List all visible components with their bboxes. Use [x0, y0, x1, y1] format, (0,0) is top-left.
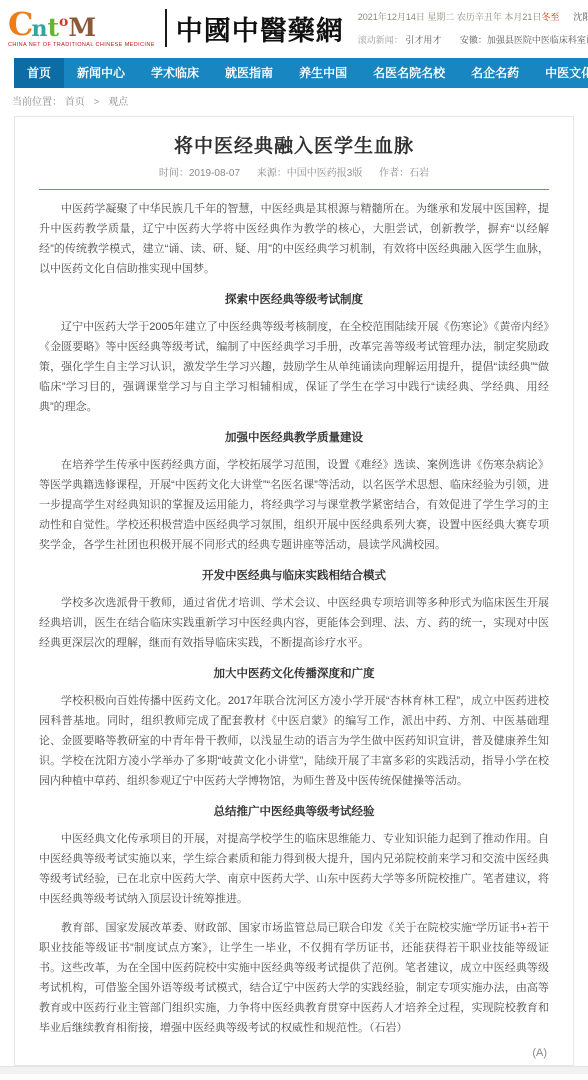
ticker-item[interactable]: 安徽：加强县医院中医临床科室设置: [460, 35, 588, 45]
section-heading: 加大中医药文化传播深度和广度: [39, 666, 549, 682]
logo-letter-o: o: [59, 15, 68, 29]
article-paragraph: 中医药学凝聚了中华民族几千年的智慧，中医经典是其根源与精髓所在。为继承和发展中医…: [39, 199, 549, 279]
main-nav: 首页 新闻中心 学术临床 就医指南 养生中国 名医名院名校 名企名药 中医文化 …: [14, 58, 588, 88]
meta-divider: [39, 189, 549, 190]
nav-item-tcm-culture[interactable]: 中医文化: [532, 58, 588, 88]
article-paragraph: 中医经典文化传承项目的开展，对提高学校学生的临床思维能力、专业知识能力起到了推动…: [39, 829, 549, 909]
logo-letter-t: t: [47, 15, 59, 40]
breadcrumb-label: 当前位置：: [12, 97, 62, 108]
logo-divider: [165, 9, 167, 47]
nav-item-medical-guide[interactable]: 就医指南: [212, 58, 286, 88]
solar-term: 冬至: [541, 10, 559, 23]
weather-city: 沈阳: [573, 10, 588, 23]
logo-letter-m: M: [68, 15, 96, 40]
breadcrumb-home-link[interactable]: 首页: [65, 97, 85, 108]
nav-item-famous-enterprises[interactable]: 名企名药: [458, 58, 532, 88]
nav-item-academic-clinical[interactable]: 学术临床: [138, 58, 212, 88]
ticker-label: 滚动新闻：: [358, 35, 403, 45]
site-header: C n t o M CHINA NET OF TRADITIONAL CHINE…: [0, 0, 588, 56]
article-paragraph: 在培养学生传承中医药经典方面，学校拓展学习范围，设置《难经》选读、案例选讲《伤寒…: [39, 455, 549, 555]
date-text: 2021年12月14日 星期二 农历辛丑年 本月21日: [358, 10, 542, 23]
article-source: 来源：中国中医药报3版: [257, 168, 363, 179]
article-title: 将中医经典融入医学生血脉: [39, 133, 549, 161]
header-right: 2021年12月14日 星期二 农历辛丑年 本月21日 冬至 沈阳 -10~8℃…: [358, 6, 588, 50]
section-heading: 开发中医经典与临床实践相结合模式: [39, 568, 549, 584]
news-ticker: 滚动新闻： 引才用才 安徽：加强县医院中医临床科室设置 甘肃: [358, 33, 588, 46]
nav-item-news-center[interactable]: 新闻中心: [64, 58, 138, 88]
section-heading: 探索中医经典等级考试制度: [39, 292, 549, 308]
article-card: 将中医经典融入医学生血脉 时间：2019-08-07 来源：中国中医药报3版 作…: [14, 116, 574, 1066]
section-heading: 总结推广中医经典等级考试经验: [39, 804, 549, 820]
article-author: 作者：石岩: [379, 168, 429, 179]
nav-item-health-china[interactable]: 养生中国: [286, 58, 360, 88]
article-meta: 时间：2019-08-07 来源：中国中医药报3版 作者：石岩: [39, 166, 549, 182]
nav-item-home[interactable]: 首页: [14, 58, 64, 88]
nav-item-famous-doctors[interactable]: 名医名院名校: [360, 58, 458, 88]
site-logo[interactable]: C n t o M CHINA NET OF TRADITIONAL CHINE…: [8, 8, 155, 48]
article-time: 时间：2019-08-07: [159, 168, 240, 179]
logo-tagline: CHINA NET OF TRADITIONAL CHINESE MEDICIN…: [8, 42, 155, 48]
dateline: 2021年12月14日 星期二 农历辛丑年 本月21日 冬至 沈阳 -10~8℃: [358, 10, 588, 23]
article-paragraph: 辽宁中医药大学于2005年建立了中医经典等级考核制度，在全校范围陆续开展《伤寒论…: [39, 317, 549, 417]
logo-letter-n: n: [31, 18, 47, 40]
logo-letters-icon: C n t o M: [8, 8, 155, 40]
page-mark: (A): [39, 1047, 549, 1059]
section-heading: 加强中医经典教学质量建设: [39, 430, 549, 446]
article-paragraph: 学校积极向百姓传播中医药文化。2017年联合沈河区方凌小学开展“杏林育林工程”，…: [39, 691, 549, 791]
article-paragraph: 学校多次选派骨干教师，通过省优才培训、学术会议、中医经典专项培训等多种形式为临床…: [39, 593, 549, 653]
article-paragraph: 教育部、国家发展改革委、财政部、国家市场监管总局已联合印发《关于在院校实施“学历…: [39, 918, 549, 1038]
page-footer-strip: [0, 1066, 588, 1074]
breadcrumb-section-link[interactable]: 观点: [108, 97, 128, 108]
breadcrumb-separator: >: [94, 97, 100, 108]
breadcrumb: 当前位置： 首页 > 观点: [12, 96, 588, 110]
ticker-item[interactable]: 引才用才: [405, 35, 441, 45]
site-name[interactable]: 中國中醫藥網: [176, 9, 344, 48]
logo-letter-c: C: [8, 8, 33, 40]
